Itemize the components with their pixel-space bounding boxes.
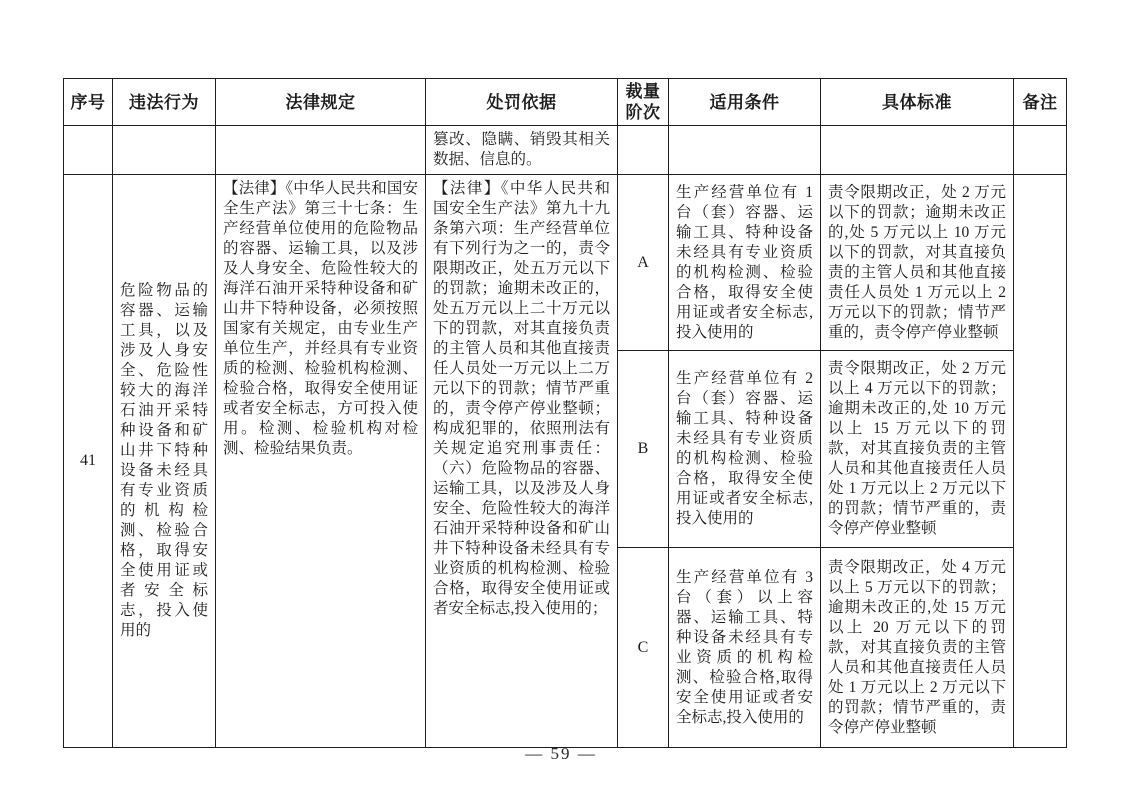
header-illegal-act: 违法行为 xyxy=(113,79,216,126)
header-applicable-condition: 适用条件 xyxy=(669,79,821,126)
penalty-discretion-table: 序号 违法行为 法律规定 处罚依据 裁量阶次 适用条件 具体标准 备注 篡改、隐… xyxy=(63,78,1067,748)
header-specific-standard: 具体标准 xyxy=(821,79,1014,126)
carryover-tier-cell xyxy=(618,126,669,175)
carryover-serial-cell xyxy=(64,126,113,175)
page-number: — 59 — xyxy=(0,744,1122,764)
carryover-condition-cell xyxy=(669,126,821,175)
cell-legal-provision: 【法律】《中华人民共和国安全生产法》第三十七条：生产经营单位使用的危险物品的容器… xyxy=(216,175,426,748)
carryover-penalty-basis-cell: 篡改、隐瞒、销毁其相关数据、信息的。 xyxy=(426,126,618,175)
cell-tier-c-standard: 责令限期改正，处 4 万元以上 5 万元以下的罚款；逾期未改正的,处 15 万元… xyxy=(821,548,1014,748)
header-remark: 备注 xyxy=(1014,79,1067,126)
cell-tier-c-level: C xyxy=(618,548,669,748)
cell-tier-a-level: A xyxy=(618,175,669,351)
carryover-legal-provision-cell xyxy=(216,126,426,175)
cell-tier-a-standard: 责令限期改正，处 2 万元以下的罚款；逾期未改正的,处 5 万元以上 10 万元… xyxy=(821,175,1014,351)
header-serial-number: 序号 xyxy=(64,79,113,126)
header-row: 序号 违法行为 法律规定 处罚依据 裁量阶次 适用条件 具体标准 备注 xyxy=(64,79,1067,126)
cell-tier-b-standard: 责令限期改正，处 2 万元以上 4 万元以下的罚款；逾期未改正的,处 10 万元… xyxy=(821,351,1014,548)
cell-tier-c-condition: 生产经营单位有 3 台（套）以上容器、运输工具、特种设备未经具有专业资质的机构检… xyxy=(669,548,821,748)
header-legal-provision: 法律规定 xyxy=(216,79,426,126)
carryover-illegal-act-cell xyxy=(113,126,216,175)
cell-penalty-basis: 【法律】《中华人民共和国安全生产法》第九十九条第六项：生产经营单位有下列行为之一… xyxy=(426,175,618,748)
document-page: 序号 违法行为 法律规定 处罚依据 裁量阶次 适用条件 具体标准 备注 篡改、隐… xyxy=(0,0,1122,793)
row-41-tier-a: 41 危险物品的容器、运输工具，以及涉及人身安全、危险性较大的海洋石油开采特种设… xyxy=(64,175,1067,351)
cell-serial-number: 41 xyxy=(64,175,113,748)
carryover-row: 篡改、隐瞒、销毁其相关数据、信息的。 xyxy=(64,126,1067,175)
carryover-remark-cell xyxy=(1014,126,1067,175)
cell-illegal-act: 危险物品的容器、运输工具，以及涉及人身安全、危险性较大的海洋石油开采特种设备和矿… xyxy=(113,175,216,748)
cell-remark xyxy=(1014,175,1067,748)
cell-tier-a-condition: 生产经营单位有 1 台（套）容器、运输工具、特种设备未经具有专业资质的机构检测、… xyxy=(669,175,821,351)
cell-tier-b-level: B xyxy=(618,351,669,548)
header-discretion-tier: 裁量阶次 xyxy=(618,79,669,126)
carryover-standard-cell xyxy=(821,126,1014,175)
cell-tier-b-condition: 生产经营单位有 2 台（套）容器、运输工具、特种设备未经具有专业资质的机构检测、… xyxy=(669,351,821,548)
header-penalty-basis: 处罚依据 xyxy=(426,79,618,126)
